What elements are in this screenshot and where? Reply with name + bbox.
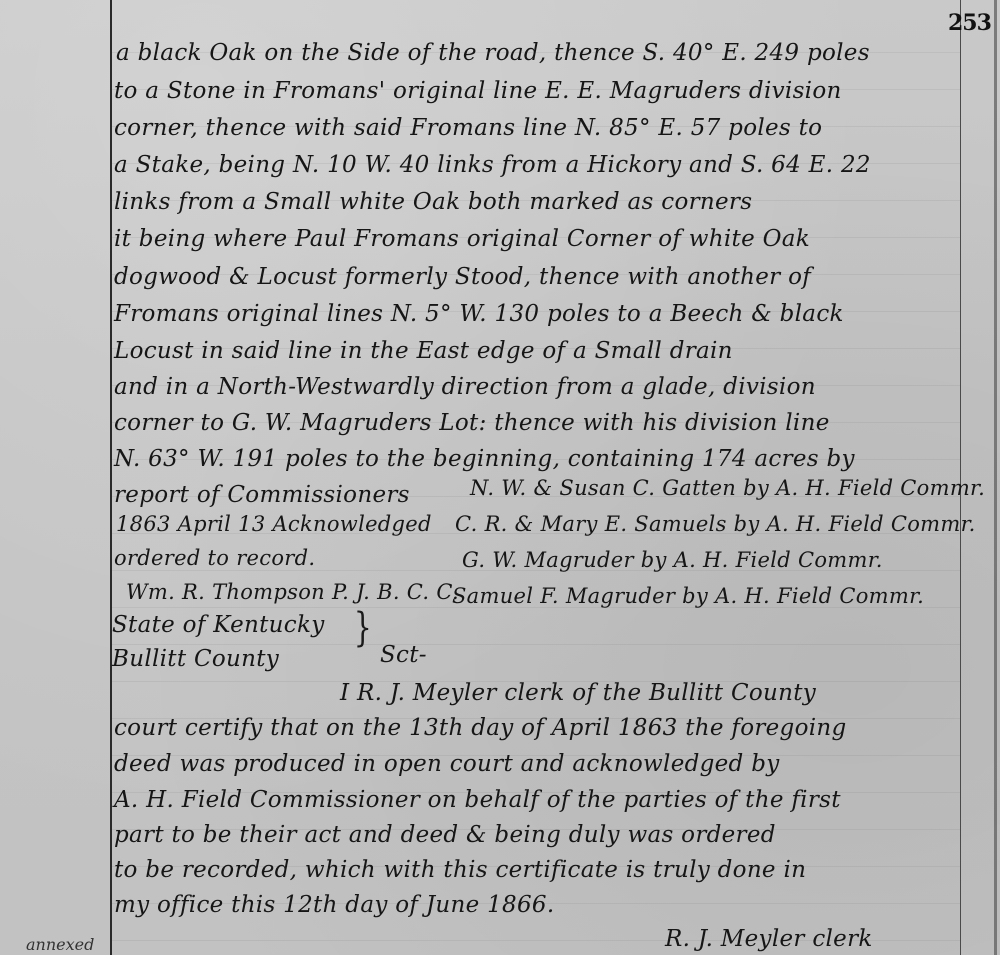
acknowledgment-judge: Wm. R. Thompson P. J. B. C. C. xyxy=(126,580,459,604)
signature-line: Samuel F. Magruder by A. H. Field Commr. xyxy=(452,584,924,608)
clerk-signature: R. J. Meyler clerk xyxy=(665,926,873,952)
left-margin-rule xyxy=(110,0,112,955)
deed-record-page: 253 a black Oak on the Side of the road,… xyxy=(0,0,1000,955)
body-line: links from a Small white Oak both marked… xyxy=(114,189,752,215)
body-line: Locust in said line in the East edge of … xyxy=(114,338,733,364)
body-line: it being where Paul Fromans original Cor… xyxy=(114,226,810,252)
body-line: corner, thence with said Fromans line N.… xyxy=(114,115,822,141)
body-line: report of Commissioners xyxy=(114,482,410,508)
venue-state: State of Kentucky xyxy=(112,612,325,638)
page-number: 253 xyxy=(948,10,991,36)
brace-mark: } xyxy=(354,605,372,651)
certificate-line: court certify that on the 13th day of Ap… xyxy=(114,715,847,741)
body-line: a black Oak on the Side of the road, the… xyxy=(116,40,870,66)
acknowledgment-date: 1863 April 13 Acknowledged xyxy=(116,512,432,536)
certificate-line: deed was produced in open court and ackn… xyxy=(114,751,780,777)
signature-line: C. R. & Mary E. Samuels by A. H. Field C… xyxy=(455,512,976,536)
signature-line: G. W. Magruder by A. H. Field Commr. xyxy=(462,548,883,572)
certificate-line: part to be their act and deed & being du… xyxy=(114,822,776,848)
venue-sct: Sct- xyxy=(380,642,427,668)
certificate-line: A. H. Field Commissioner on behalf of th… xyxy=(114,787,841,813)
body-line: a Stake, being N. 10 W. 40 links from a … xyxy=(114,152,871,178)
body-line: corner to G. W. Magruders Lot: thence wi… xyxy=(114,410,830,436)
venue-county: Bullitt County xyxy=(112,646,279,672)
acknowledgment-order: ordered to record. xyxy=(114,546,315,570)
body-line: and in a North-Westwardly direction from… xyxy=(114,374,816,400)
body-line: N. 63° W. 191 poles to the beginning, co… xyxy=(114,446,855,472)
body-line: to a Stone in Fromans' original line E. … xyxy=(114,78,842,104)
certificate-line: I R. J. Meyler clerk of the Bullitt Coun… xyxy=(340,680,816,706)
margin-note: annexed xyxy=(26,935,94,954)
page-edge-rule xyxy=(994,0,997,955)
body-line: dogwood & Locust formerly Stood, thence … xyxy=(114,264,811,290)
certificate-line: to be recorded, which with this certific… xyxy=(114,857,806,883)
certificate-line: my office this 12th day of June 1866. xyxy=(114,892,554,918)
signature-line: N. W. & Susan C. Gatten by A. H. Field C… xyxy=(470,476,985,500)
body-line: Fromans original lines N. 5° W. 130 pole… xyxy=(114,301,844,327)
